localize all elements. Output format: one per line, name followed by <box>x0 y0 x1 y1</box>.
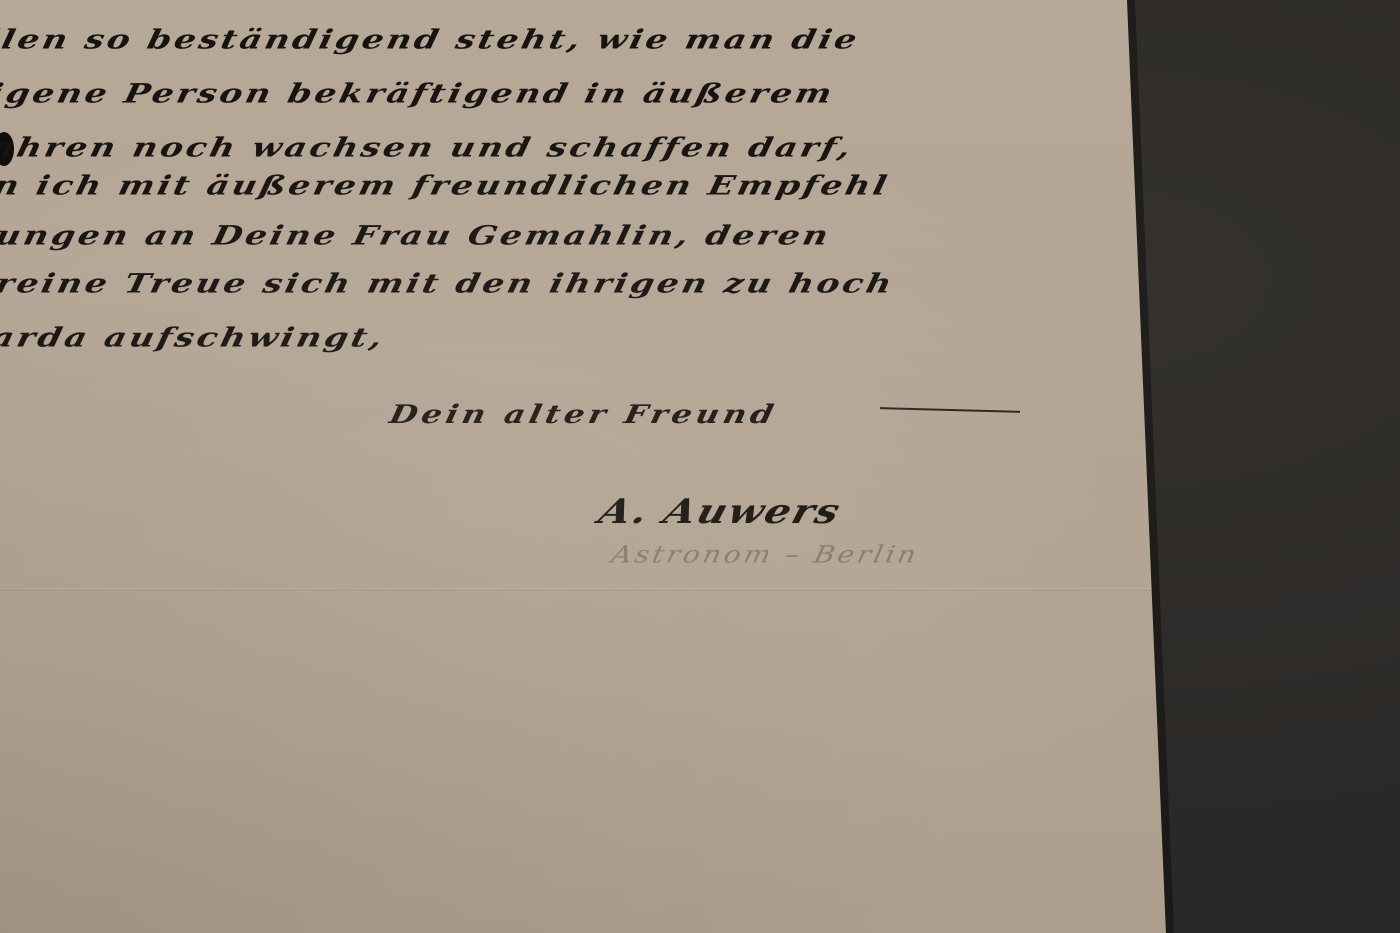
letter-line-4: n ich mit äußerem freundlichen Empfehl <box>0 170 892 201</box>
closing-flourish <box>880 407 1020 413</box>
letter-line-6: reine Treue sich mit den ihrigen zu hoch <box>0 268 897 299</box>
photo-scene: llen so beständigend steht, wie man die … <box>0 0 1400 933</box>
signature: A. Auwers <box>594 492 846 532</box>
letter-line-5: ungen an Deine Frau Gemahlin, deren <box>0 220 834 251</box>
letter-line-2: igene Person bekräftigend in äußerem <box>0 78 838 109</box>
letter-line-7: arda aufschwingt, <box>0 322 388 353</box>
letter-closing: Dein alter Freund <box>387 399 780 429</box>
paper-fold-crease <box>0 588 1170 591</box>
letter-line-3: ahren noch wachsen und schaffen darf, <box>0 132 856 163</box>
pencil-annotation: Astronom – Berlin <box>609 540 922 568</box>
letter-line-1: llen so beständigend steht, wie man die <box>0 24 863 55</box>
letter-paper: llen so beständigend steht, wie man die … <box>0 0 1400 933</box>
